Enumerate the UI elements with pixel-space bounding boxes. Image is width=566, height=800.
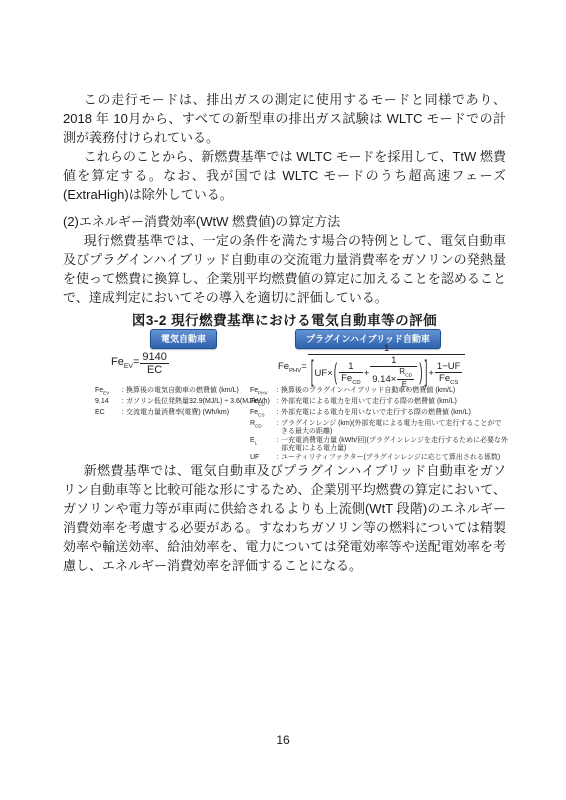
- fecs-fraction: 1−UF FeCS: [435, 361, 463, 386]
- phv-legend: FePHV : 換算後のプラグインハイブリッド自動車の燃費値 (km/L) Fe…: [250, 387, 508, 465]
- legend-row: UF : ユーティリティファクター(プラグインレンジに応じて算出される係数): [250, 454, 508, 465]
- phv-formula: FePHV= 1 [ UF× ( 1 FeCD +: [278, 343, 466, 391]
- legend-row: FeCS : 外部充電による電力を用いないで走行する際の燃費値 (km/L): [250, 409, 508, 420]
- phv-formula-outer-fraction: 1 [ UF× ( 1 FeCD + 1: [308, 343, 466, 391]
- paragraph-current-standard: 現行燃費基準では、一定の条件を満たす場合の特例として、電気自動車及びプラグインハ…: [63, 231, 506, 307]
- open-paren: (: [334, 360, 337, 385]
- figure-3-2: 図3-2 現行燃費基準における電気自動車等の評価 電気自動車 プラグインハイブリ…: [63, 309, 506, 461]
- range-fraction: 1 9.14× RCD EL: [370, 355, 417, 391]
- ev-formula: FeEV= 9140 EC: [111, 351, 170, 376]
- open-bracket: [: [311, 357, 314, 389]
- section-heading-wtw: (2)エネルギー消費効率(WtW 燃費値)の算定方法: [63, 212, 506, 231]
- ev-formula-fraction: 9140 EC: [140, 351, 168, 376]
- legend-row: FePHV : 換算後のプラグインハイブリッド自動車の燃費値 (km/L): [250, 387, 508, 398]
- phv-denominator: [ UF× ( 1 FeCD + 1 9.1: [308, 355, 466, 391]
- paragraph-new-standard-ttw: これらのことから、新燃費基準では WLTC モードを採用して、TtW 燃費値を算…: [63, 147, 506, 204]
- close-paren: ): [419, 360, 422, 385]
- fecd-fraction: 1 FeCD: [339, 361, 363, 386]
- ev-label-box: 電気自動車: [150, 329, 217, 349]
- legend-row: RCD : プラグインレンジ (km)(外部充電による電力を用いて走行することが…: [250, 420, 508, 437]
- paragraph-new-standard-wtt: 新燃費基準では、電気自動車及びプラグインハイブリッド自動車をガソリン自動車等と比…: [63, 461, 506, 575]
- close-bracket: ]: [425, 357, 428, 389]
- page-number: 16: [0, 733, 566, 747]
- phv-formula-lhs: FePHV=: [278, 361, 307, 374]
- page-content: この走行モードは、排出ガスの測定に使用するモードと同様であり、2018 年 10…: [63, 90, 506, 575]
- document-page: この走行モードは、排出ガスの測定に使用するモードと同様であり、2018 年 10…: [0, 0, 566, 800]
- paragraph-wltc-mode: この走行モードは、排出ガスの測定に使用するモードと同様であり、2018 年 10…: [63, 90, 506, 147]
- figure-title: 図3-2 現行燃費基準における電気自動車等の評価: [63, 309, 506, 329]
- ev-formula-lhs: FeEV=: [111, 356, 139, 370]
- legend-row: EL : 一充電消費電力量 (kWh/回)(プラグインレンジを走行するために必要…: [250, 437, 508, 454]
- legend-row: FeCD : 外部充電による電力を用いて走行する際の燃費値 (km/L): [250, 398, 508, 409]
